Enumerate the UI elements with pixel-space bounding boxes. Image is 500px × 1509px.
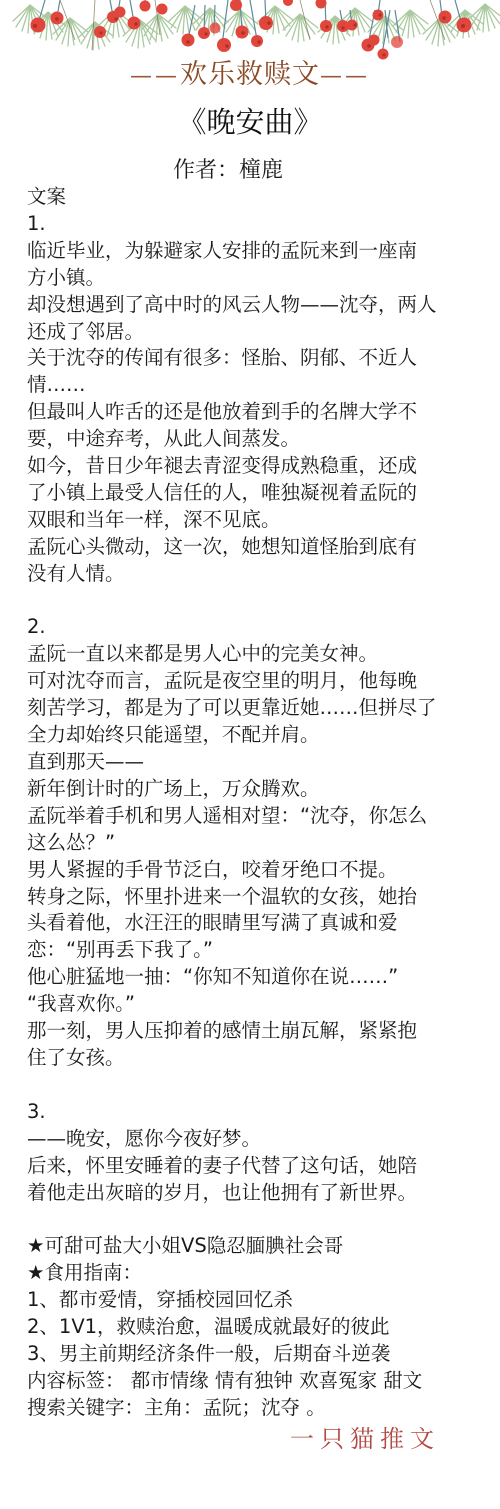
synopsis-line: ——晚安，愿你今夜好梦。 (27, 1126, 477, 1153)
synopsis-line: 孟阮一直以来都是男人心中的完美女神。 (27, 641, 477, 668)
synopsis-line: 关于沈夺的传闻有很多：怪胎、阴郁、不近人 (27, 345, 477, 372)
synopsis-line: 但最叫人咋舌的还是他放着到手的名牌大学不 (27, 399, 477, 426)
synopsis-line: 直到那天—— (27, 749, 477, 776)
synopsis-line: 孟阮举着手机和男人遥相对望：“沈夺，你怎么 (27, 803, 477, 830)
synopsis-line: 却没想遇到了高中时的风云人物——沈夺，两人 (27, 292, 477, 319)
genre-heading: ——欢乐救赎文—— (0, 55, 500, 97)
synopsis-line: 全力却始终只能遥望，不配并肩。 (27, 722, 477, 749)
synopsis-line: 新年倒计时的广场上，万众腾欢。 (27, 776, 477, 803)
synopsis-line: 临近毕业，为躲避家人安排的孟阮来到一座南 (27, 238, 477, 265)
synopsis-line: 着他走出灰暗的岁月，也让他拥有了新世界。 (27, 1180, 477, 1207)
signature-watermark: 一只猫推文 (290, 1422, 440, 1456)
synopsis-line: 住了女孩。 (27, 1045, 477, 1072)
synopsis-line: 1. (27, 211, 477, 238)
synopsis-line: 了小镇上最受人信任的人，唯独凝视着孟阮的 (27, 480, 477, 507)
synopsis-line: 刻苦学习，都是为了可以更靠近她……但拼尽了 (27, 695, 477, 722)
genre-label: 欢乐救赎文 (180, 59, 320, 90)
synopsis-line: 要，中途弃考，从此人间蒸发。 (27, 426, 477, 453)
guide-heading: ★食用指南： (27, 1260, 477, 1287)
synopsis-line: 这么怂？” (27, 830, 477, 857)
content-tags: 内容标签： 都市情缘 情有独钟 欢喜冤家 甜文 (27, 1368, 477, 1395)
synopsis-line: 那一刻，男人压抑着的感情土崩瓦解，紧紧抱 (27, 1018, 477, 1045)
feature-line: ★可甜可盐大小姐VS隐忍腼腆社会哥 (27, 1233, 477, 1260)
synopsis-line: 2. (27, 614, 477, 641)
blank-line (27, 1206, 477, 1233)
genre-dash-right: —— (320, 64, 370, 89)
book-title: 《晚安曲》 (0, 100, 500, 144)
synopsis-line: 还成了邻居。 (27, 319, 477, 346)
guide-item: 2、1V1，救赎治愈，温暖成就最好的彼此 (27, 1314, 477, 1341)
synopsis-line: 孟阮心头微动，这一次，她想知道怪胎到底有 (27, 534, 477, 561)
synopsis-line: 情…… (27, 372, 477, 399)
blank-line (27, 588, 477, 615)
synopsis-line: 头看着他，水汪汪的眼睛里写满了真诚和爱 (27, 910, 477, 937)
blank-line (27, 1072, 477, 1099)
synopsis-line: 转身之际，怀里扑进来一个温软的女孩，她抬 (27, 884, 477, 911)
synopsis-line: 双眼和当年一样，深不见底。 (27, 507, 477, 534)
synopsis-line: 恋：“别再丢下我了。” (27, 937, 477, 964)
synopsis-line: 没有人情。 (27, 561, 477, 588)
guide-item: 1、都市爱情，穿插校园回忆杀 (27, 1287, 477, 1314)
synopsis-line: 后来，怀里安睡着的妻子代替了这句话，她陪 (27, 1153, 477, 1180)
synopsis-line: 男人紧握的手骨节泛白，咬着牙绝口不提。 (27, 857, 477, 884)
synopsis-line: 可对沈夺而言，孟阮是夜空里的明月，他每晚 (27, 668, 477, 695)
synopsis-line: 他心脏猛地一抽：“你知不知道你在说……” (27, 964, 477, 991)
synopsis-line: 如今，昔日少年褪去青涩变得成熟稳重，还成 (27, 453, 477, 480)
search-keywords: 搜索关键字：主角：孟阮；沈夺 。 (27, 1395, 477, 1422)
genre-dash-left: —— (130, 64, 180, 89)
synopsis-line: 方小镇。 (27, 265, 477, 292)
author-line: 作者：橦鹿 (0, 155, 456, 187)
synopsis: 文案 1. 临近毕业，为躲避家人安排的孟阮来到一座南 方小镇。 却没想遇到了高中… (27, 184, 477, 1422)
synopsis-heading: 文案 (27, 184, 477, 211)
synopsis-line: “我喜欢你。” (27, 991, 477, 1018)
guide-item: 3、男主前期经济条件一般，后期奋斗逆袭 (27, 1341, 477, 1368)
synopsis-line: 3. (27, 1099, 477, 1126)
